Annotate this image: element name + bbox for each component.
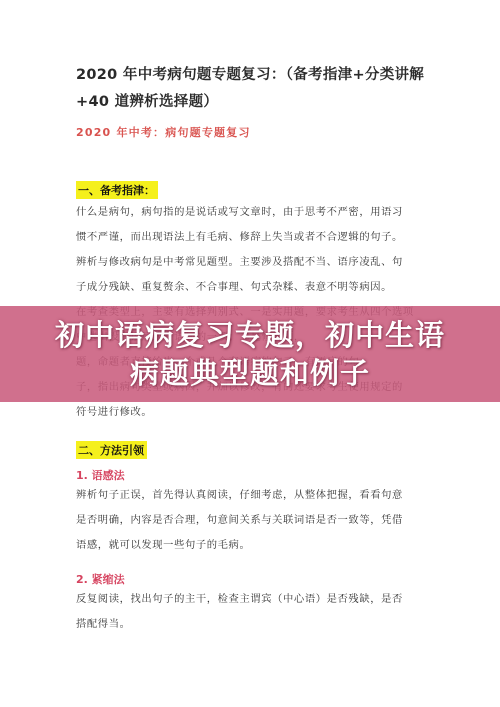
method1-heading: 1. 语感法 — [76, 467, 125, 483]
title-overlay-banner: 初中语病复习专题，初中生语 病题典型题和例子 — [0, 306, 500, 402]
paragraph-line: 是否明确，内容是否合理，句意间关系与关联词语是否一致等，凭借 — [76, 508, 426, 533]
paragraph-line: 语感，就可以发现一些句子的毛病。 — [76, 533, 426, 558]
document-subtitle: 2020 年中考：病句题专题复习 — [76, 124, 251, 140]
banner-line-1: 初中语病复习专题，初中生语 — [55, 316, 445, 354]
title-line-2: +40 道辨析选择题） — [76, 89, 426, 116]
banner-line-2: 病题典型题和例子 — [130, 354, 370, 392]
method1-paragraph: 辨析句子正误，首先得认真阅读，仔细考虑，从整体把握，看看句意 是否明确，内容是否… — [76, 483, 426, 558]
paragraph-line: 反复阅读，找出句子的主干，检查主谓宾（中心语）是否残缺，是否 — [76, 587, 426, 612]
document-title: 2020 年中考病句题专题复习：（备考指津+分类讲解 +40 道辨析选择题） — [76, 62, 426, 116]
method2-heading: 2. 紧缩法 — [76, 571, 125, 587]
paragraph-line: 惯不严谨，而出现语法上有毛病、修辞上失当或者不合逻辑的句子。 — [76, 225, 426, 250]
paragraph-line: 什么是病句，病句指的是说话或写文章时，由于思考不严密，用语习 — [76, 200, 426, 225]
section-heading-method-guide: 二、方法引领 — [76, 441, 147, 459]
paragraph-line: 辨析句子正误，首先得认真阅读，仔细考虑，从整体把握，看看句意 — [76, 483, 426, 508]
method2-paragraph: 反复阅读，找出句子的主干，检查主谓宾（中心语）是否残缺，是否 搭配得当。 — [76, 587, 426, 637]
section-heading-exam-guide: 一、备考指津： — [76, 181, 158, 199]
paragraph-line: 子成分残缺、重复赘余、不合事理、句式杂糅、表意不明等病因。 — [76, 275, 426, 300]
paragraph-line: 搭配得当。 — [76, 612, 426, 637]
paragraph-line: 辨析与修改病句是中考常见题型。主要涉及搭配不当、语序凌乱、句 — [76, 250, 426, 275]
paragraph-line: 符号进行修改。 — [76, 400, 426, 425]
title-line-1: 2020 年中考病句题专题复习：（备考指津+分类讲解 — [76, 62, 426, 89]
